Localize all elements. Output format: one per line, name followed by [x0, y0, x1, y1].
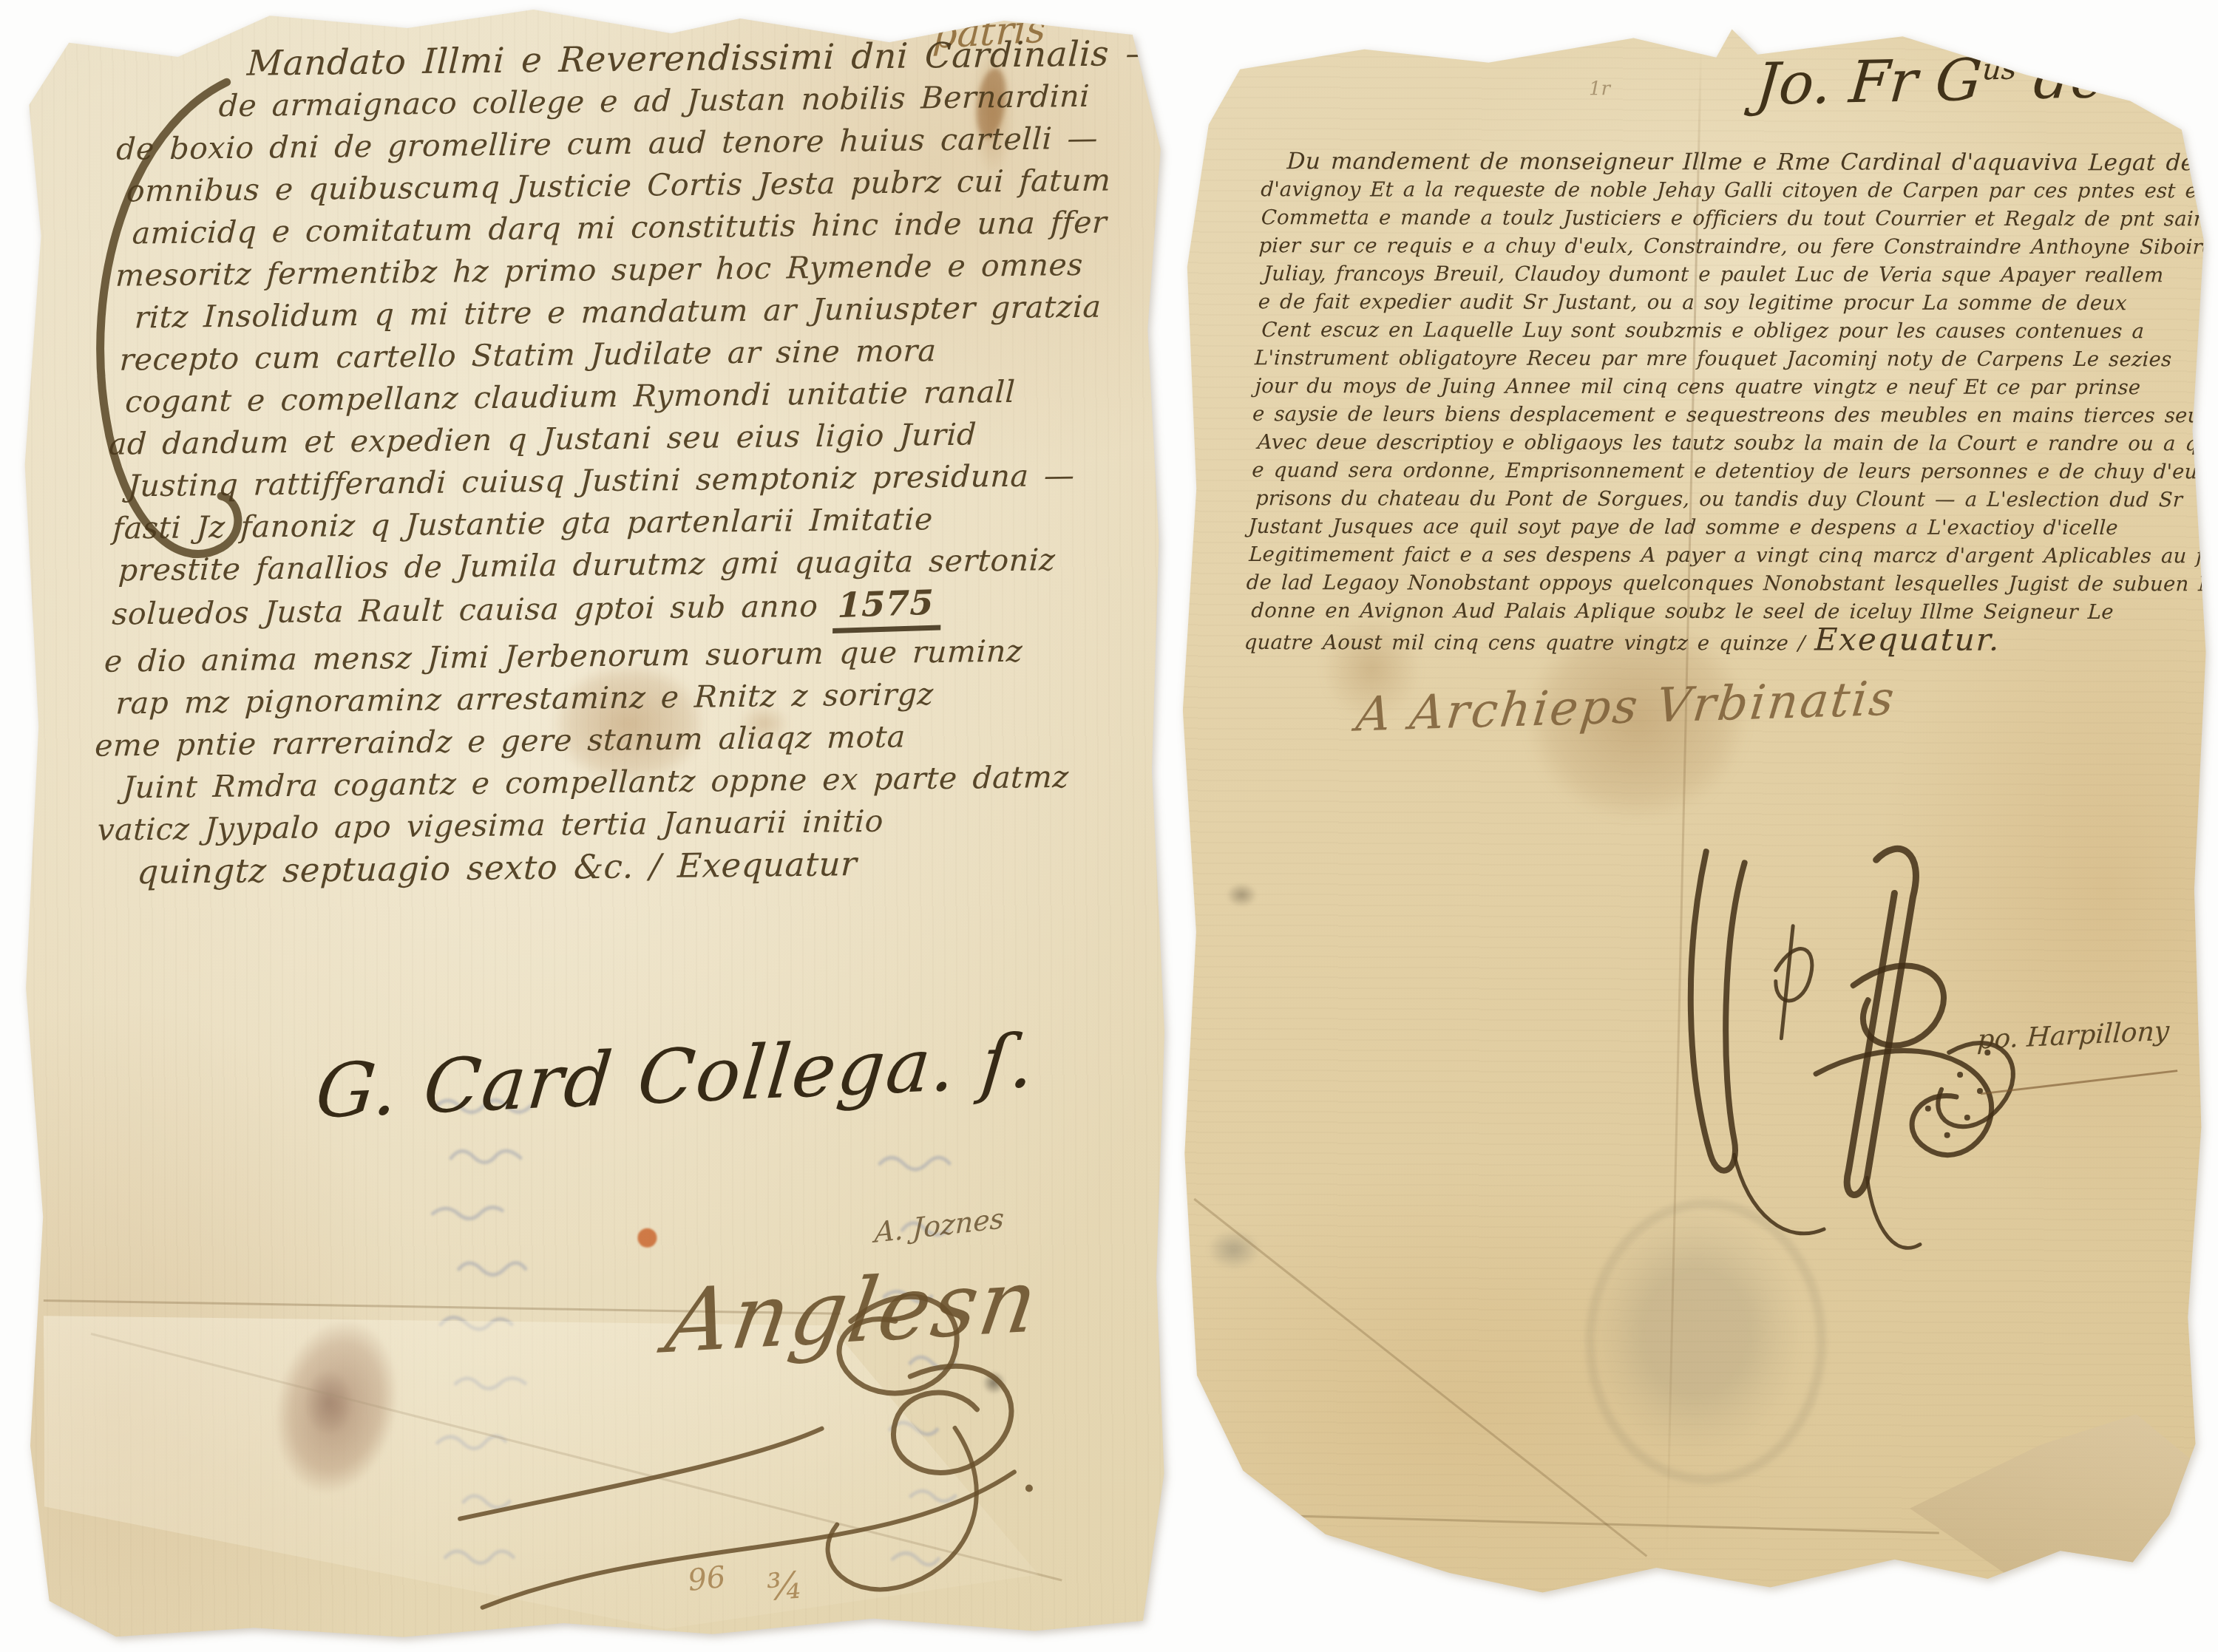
latin-text-block: Mandato Illmi e Reverendissimi dni Cardi… — [89, 33, 1167, 894]
manuscript-line: Legitimement faict e a ses despens A pay… — [1249, 540, 2195, 570]
french-text-block: Du mandement de monseigneur Illme e Rme … — [1244, 147, 2208, 658]
heading-pre: Jo. Fr G — [1753, 47, 1984, 118]
manuscript-line: jour du moys de Juing Annee mil cinq cen… — [1255, 372, 2201, 401]
cardinal-signature: G. Card Collega. ſ. — [312, 1017, 1040, 1135]
ink-speck — [978, 1367, 1009, 1398]
corner-fold-flap — [1909, 1413, 2200, 1588]
manuscript-line: Avec deue descriptioy e obligaoys les ta… — [1257, 428, 2199, 458]
heading-superscript: us — [1981, 52, 2018, 87]
closing-line: quatre Aoust mil cinq cens quatre vingtz… — [1244, 625, 2191, 658]
corner-fold-crease — [1193, 1198, 1647, 1557]
dated-line-text: soluedos Justa Rault cauisa gptoi sub an… — [112, 588, 834, 632]
manuscript-line: Juliay, francoys Breuil, Claudoy dumont … — [1263, 259, 2205, 289]
large-dark-stain-core — [295, 1358, 362, 1447]
left-leaf: patris Mandato Illmi e Reverendissimi dn… — [17, 2, 1172, 1642]
heading-post: de Petris — [2013, 41, 2218, 113]
manuscript-line: pier sur ce requis e a chuy d'eulx, Cons… — [1258, 231, 2206, 261]
ink-speck — [1221, 879, 1262, 911]
french-lines: Du mandement de monseigneur Illme e Rme … — [1245, 147, 2209, 626]
manuscript-line: Du mandement de monseigneur Illme e Rme … — [1286, 147, 2209, 177]
seal-impression-ghost — [1555, 1169, 1837, 1495]
secretary-note: A. Joznes — [874, 1202, 1005, 1249]
bottom-fold-crease — [1185, 1512, 1939, 1534]
folio-fraction: ¾ — [765, 1563, 804, 1608]
manuscript-line: donne en Avignon Aud Palais Aplique soub… — [1251, 596, 2193, 626]
folio-mark: 1r — [1589, 78, 1610, 100]
closing-line-text: quatre Aoust mil cinq cens quatre vingtz… — [1244, 630, 1815, 655]
latin-lines-lower: e dio anima mensz Jimi Jerbenorum suorum… — [89, 629, 1142, 894]
manuscript-line: d'avignoy Et a la requeste de noble Jeha… — [1261, 175, 2208, 205]
manuscript-line: e quand sera ordonne, Emprisonnement e d… — [1252, 456, 2198, 486]
manuscript-scan: 1r Jo. Fr Gus de Petris Du mandement de … — [0, 0, 2218, 1652]
smudge-stain — [1198, 1223, 1269, 1277]
manuscript-line: prisons du chateau du Pont de Sorgues, o… — [1255, 484, 2197, 514]
notary-paraph-flourish — [1630, 829, 2046, 1290]
secretary-signature: Anglesn — [660, 1249, 1047, 1373]
latin-lines-upper: Mandato Illmi e Reverendissimi dni Cardi… — [101, 33, 1167, 592]
manuscript-line: e de fait expedier audit Sr Justant, ou … — [1258, 288, 2204, 317]
manuscript-line: de lad Legaoy Nonobstant oppoys quelconq… — [1246, 568, 2194, 598]
manuscript-line: Justant Jusques ace quil soyt paye de la… — [1248, 512, 2196, 542]
seal-impression-ring — [1584, 1198, 1827, 1485]
large-dark-stain — [235, 1277, 438, 1537]
page-heading-name: Jo. Fr Gus de Petris — [1753, 41, 2218, 118]
year-1575: 1575 — [832, 581, 941, 633]
manuscript-line: Cent escuz en Laquelle Luy sont soubzmis… — [1261, 316, 2203, 345]
manuscript-line: Commetta e mande a toulz Justiciers e of… — [1261, 203, 2207, 233]
manuscript-line: L'instrument obligatoyre Receu par mre f… — [1254, 344, 2202, 373]
exequatur-word: Exequatur. — [1814, 621, 2001, 657]
right-leaf-wrapper: 1r Jo. Fr Gus de Petris Du mandement de … — [1174, 16, 2209, 1600]
notary-signature: po. Harpillony — [1976, 1016, 2170, 1056]
manuscript-line: e saysie de leurs biens desplacement e s… — [1252, 400, 2200, 429]
subscription-line: A Archieps Vrbinatis — [1354, 672, 1899, 743]
red-speck — [637, 1228, 657, 1248]
notary-underline-stroke — [1981, 1070, 2178, 1095]
fold-crease-diagonal — [91, 1333, 1062, 1581]
right-leaf: 1r Jo. Fr Gus de Petris Du mandement de … — [1170, 13, 2213, 1602]
folio-number: 96 — [686, 1560, 728, 1598]
left-leaf-wrapper: patris Mandato Illmi e Reverendissimi dn… — [21, 4, 1168, 1639]
